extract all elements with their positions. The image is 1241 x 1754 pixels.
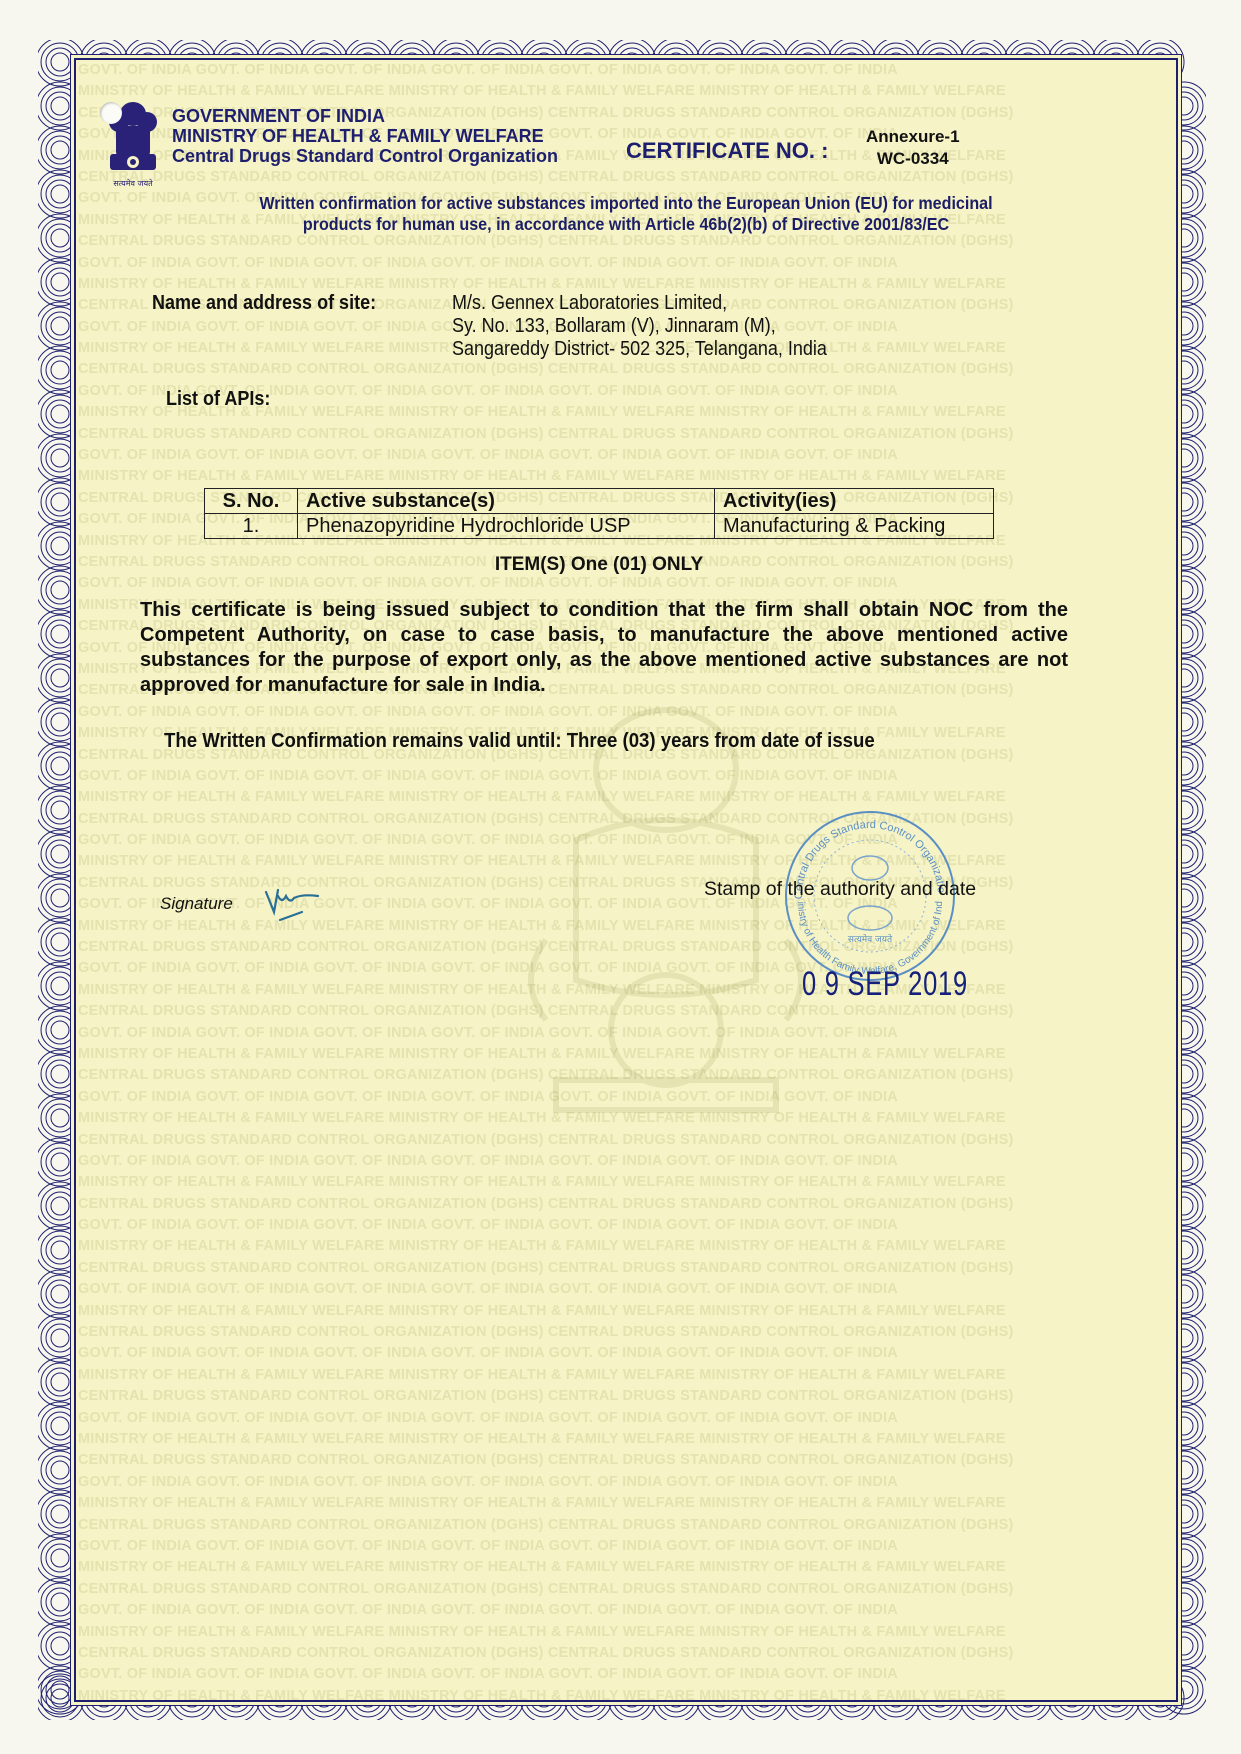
signature-label: Signature <box>160 894 233 914</box>
validity-statement: The Written Confirmation remains valid u… <box>164 730 875 753</box>
address-line: Sy. No. 133, Bollaram (V), Jinnaram (M), <box>452 315 827 338</box>
api-list-label: List of APIs: <box>166 388 270 411</box>
signature-icon <box>262 886 334 922</box>
site-address: M/s. Gennex Laboratories Limited, Sy. No… <box>452 292 827 361</box>
certificate-id: WC-0334 <box>866 148 960 170</box>
annexure-label: Annexure-1 <box>866 126 960 148</box>
address-line: Sangareddy District- 502 325, Telangana,… <box>452 338 827 361</box>
api-table: S. No. Active substance(s) Activity(ies)… <box>204 488 994 539</box>
svg-text:सत्यमेव जयते: सत्यमेव जयते <box>848 933 893 945</box>
certificate-number-label: CERTIFICATE NO. : <box>626 138 828 164</box>
issue-date-stamp: 0 9 SEP 2019 <box>802 965 968 1004</box>
document-title: Written confirmation for active substanc… <box>166 193 1086 235</box>
stamp-label: Stamp of the authority and date <box>704 878 976 901</box>
cell-activity: Manufacturing & Packing <box>715 514 994 539</box>
organization-title: Central Drugs Standard Control Organizat… <box>172 146 558 166</box>
ministry-title: MINISTRY OF HEALTH & FAMILY WELFARE <box>172 126 558 146</box>
punch-hole <box>100 102 122 124</box>
column-header-activity: Activity(ies) <box>715 489 994 514</box>
title-line-1: Written confirmation for active substanc… <box>166 193 1086 214</box>
table-row: 1. Phenazopyridine Hydrochloride USP Man… <box>205 514 994 539</box>
certificate-number: Annexure-1 WC-0334 <box>866 126 960 170</box>
condition-paragraph: This certificate is being issued subject… <box>140 598 1068 698</box>
address-line: M/s. Gennex Laboratories Limited, <box>452 292 827 315</box>
items-count-note: ITEM(S) One (01) ONLY <box>204 554 994 576</box>
issuer-header: GOVERNMENT OF INDIA MINISTRY OF HEALTH &… <box>172 106 558 166</box>
column-header-sno: S. No. <box>205 489 298 514</box>
government-title: GOVERNMENT OF INDIA <box>172 106 558 126</box>
site-label: Name and address of site: <box>152 292 376 315</box>
table-header-row: S. No. Active substance(s) Activity(ies) <box>205 489 994 514</box>
title-line-2: products for human use, in accordance wi… <box>166 214 1086 235</box>
svg-text:सत्यमेव जयते: सत्यमेव जयते <box>113 178 153 188</box>
certificate-sheet: GOVT. OF INDIA GOVT. OF INDIA GOVT. OF I… <box>74 58 1178 1702</box>
cell-substance: Phenazopyridine Hydrochloride USP <box>298 514 715 539</box>
cell-sno: 1. <box>205 514 298 539</box>
column-header-substance: Active substance(s) <box>298 489 715 514</box>
